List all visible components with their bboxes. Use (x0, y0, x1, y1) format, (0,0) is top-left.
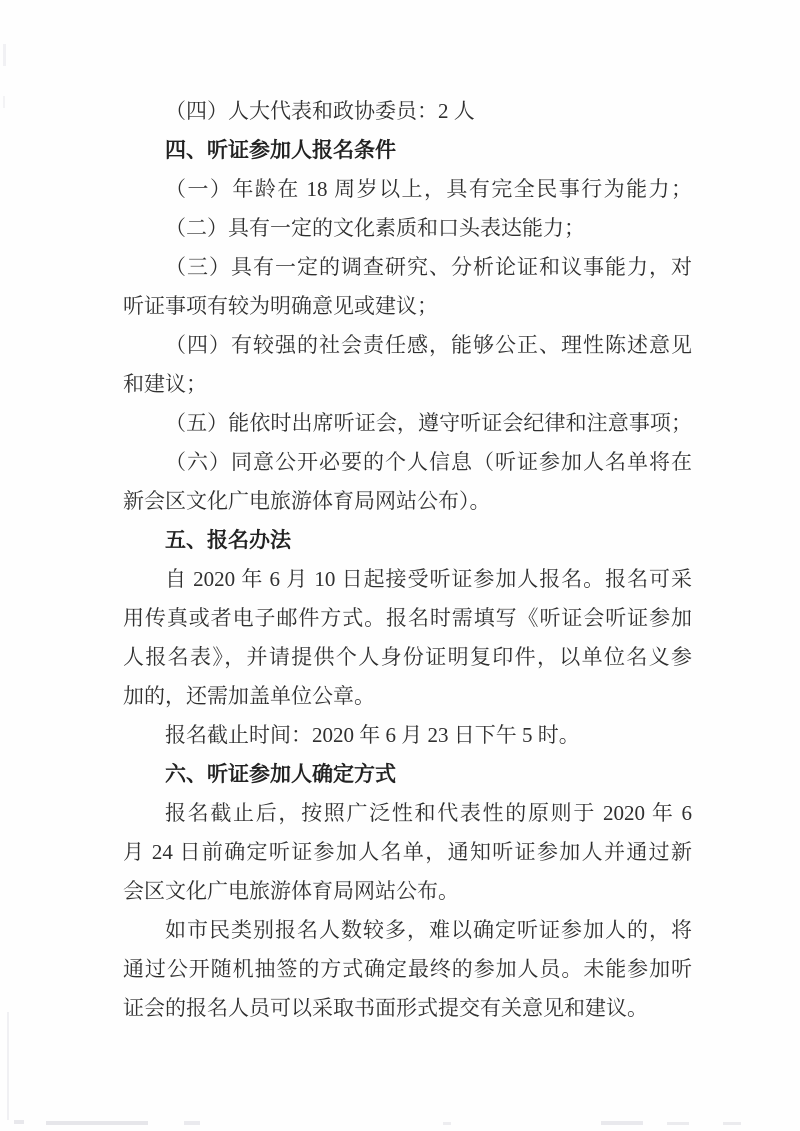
scan-artifact (14, 1120, 24, 1124)
section-heading: 六、听证参加人确定方式 (123, 755, 692, 794)
text-line: 人报名表》，并请提供个人身份证明复印件，以单位名义参 (123, 638, 692, 677)
scan-artifact (667, 1122, 689, 1125)
text-line: 通过公开随机抽签的方式确定最终的参加人员。未能参加听 (123, 950, 692, 989)
text-line: （六）同意公开必要的个人信息（听证参加人名单将在 (123, 443, 692, 482)
text-line: 和建议； (123, 365, 692, 404)
text-line: 如市民类别报名人数较多，难以确定听证参加人的，将 (123, 911, 692, 950)
section-heading: 五、报名办法 (123, 521, 692, 560)
text-line: 会区文化广电旅游体育局网站公布。 (123, 872, 692, 911)
scan-artifact (3, 96, 5, 108)
document-text-block: （四）人大代表和政协委员：2 人四、听证参加人报名条件（一）年龄在 18 周岁以… (123, 92, 692, 1028)
text-line: 用传真或者电子邮件方式。报名时需填写《听证会听证参加 (123, 599, 692, 638)
text-line: 新会区文化广电旅游体育局网站公布）。 (123, 482, 692, 521)
scan-artifact (3, 44, 6, 66)
document-page: （四）人大代表和政协委员：2 人四、听证参加人报名条件（一）年龄在 18 周岁以… (0, 0, 800, 1131)
text-line: 报名截止后，按照广泛性和代表性的原则于 2020 年 6 (123, 794, 692, 833)
text-line: （一）年龄在 18 周岁以上，具有完全民事行为能力； (123, 170, 692, 209)
text-line: （四）人大代表和政协委员：2 人 (123, 92, 692, 131)
text-line: 报名截止时间：2020 年 6 月 23 日下午 5 时。 (123, 716, 692, 755)
scan-artifact (601, 1121, 643, 1125)
text-line: （二）具有一定的文化素质和口头表达能力； (123, 209, 692, 248)
scan-artifact (443, 1122, 451, 1125)
text-line: （五）能依时出席听证会，遵守听证会纪律和注意事项； (123, 404, 692, 443)
text-line: （四）有较强的社会责任感，能够公正、理性陈述意见 (123, 326, 692, 365)
text-line: 自 2020 年 6 月 10 日起接受听证参加人报名。报名可采 (123, 560, 692, 599)
scan-artifact (184, 1121, 200, 1125)
text-line: 听证事项有较为明确意见或建议； (123, 287, 692, 326)
scan-artifact (46, 1121, 148, 1125)
section-heading: 四、听证参加人报名条件 (123, 131, 692, 170)
scan-artifact (723, 1122, 741, 1125)
text-line: （三）具有一定的调查研究、分析论证和议事能力，对 (123, 248, 692, 287)
text-line: 证会的报名人员可以采取书面形式提交有关意见和建议。 (123, 989, 692, 1028)
text-line: 加的，还需加盖单位公章。 (123, 677, 692, 716)
text-line: 月 24 日前确定听证参加人名单，通知听证参加人并通过新 (123, 833, 692, 872)
scan-artifact (7, 1012, 9, 1120)
